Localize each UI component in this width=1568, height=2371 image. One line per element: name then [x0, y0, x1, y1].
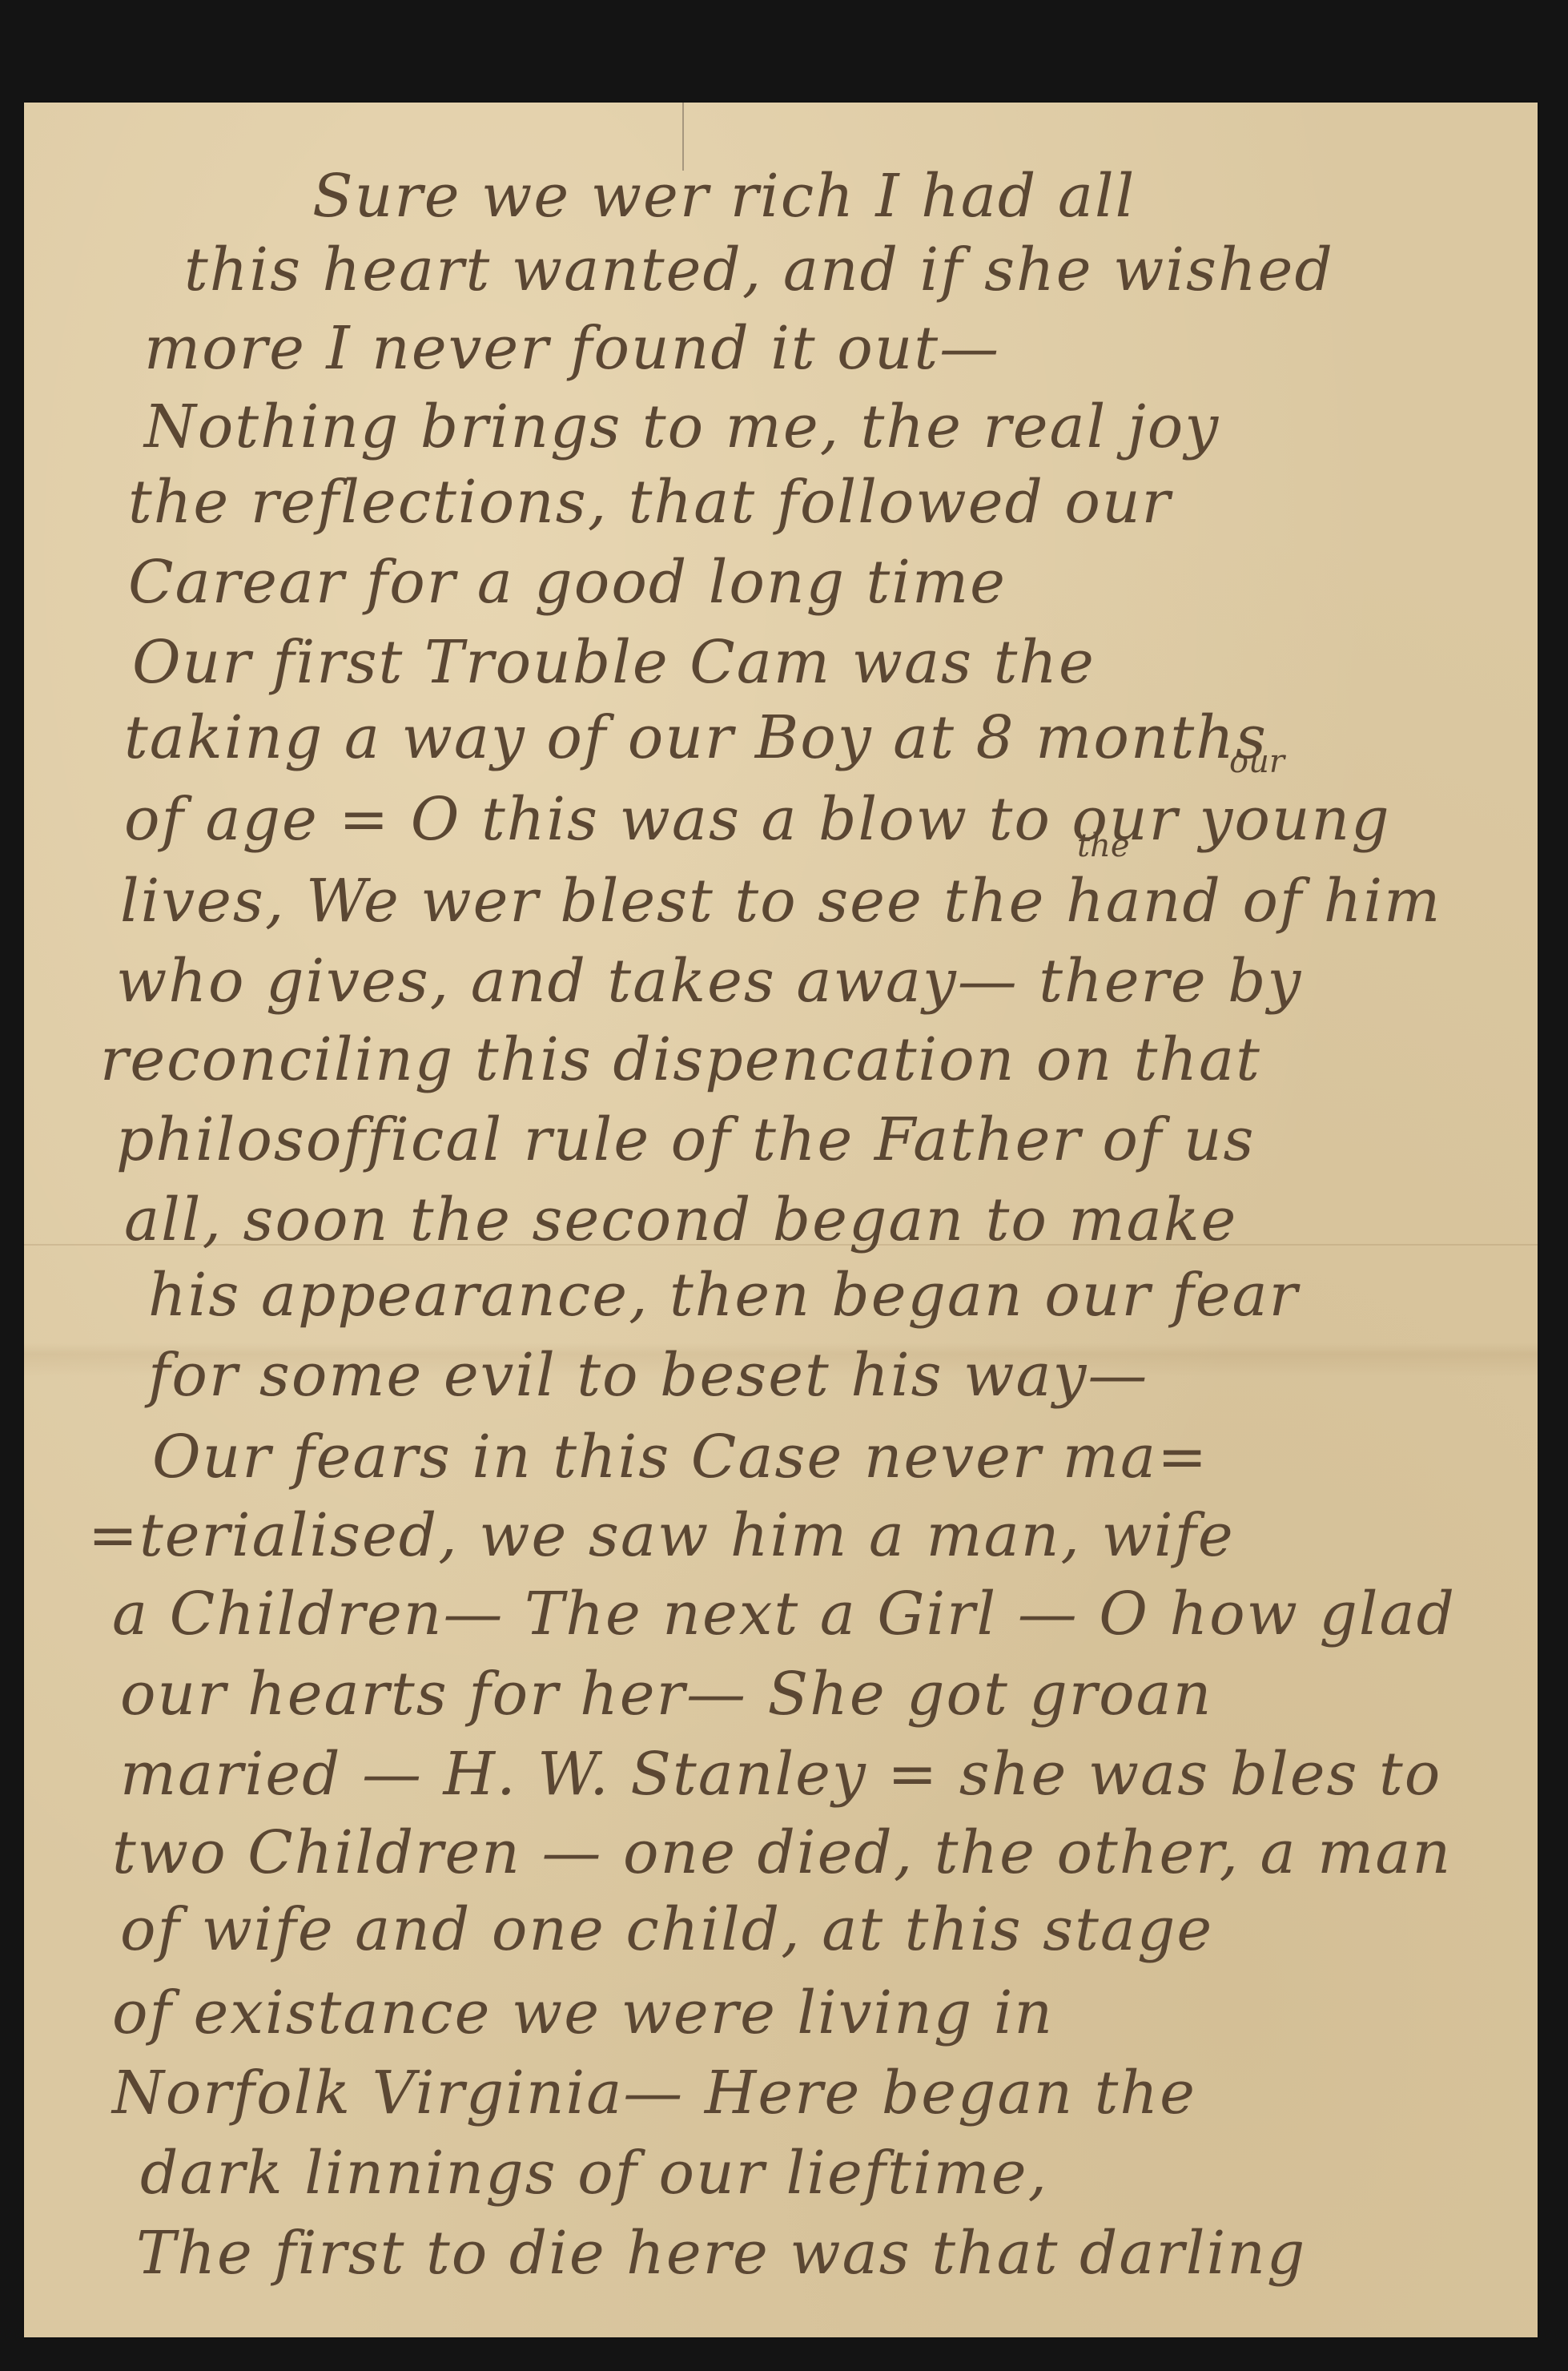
text-line-10: lives, We wer blest to see the hand of h… [120, 872, 1441, 931]
text-line-8: taking a way of our Boy at 8 months [124, 708, 1268, 767]
text-line-26: dark linnings of our lieftime, [140, 2144, 1048, 2203]
text-line-5: the reflections, that followed our [128, 473, 1172, 532]
text-line-3: more I never found it out— [144, 319, 1000, 378]
text-line-27: The first to die here was that darling [136, 2224, 1306, 2283]
text-line-16: for some evil to beset his way— [148, 1346, 1148, 1405]
text-line-21: maried — H. W. Stanley = she was bles to [120, 1745, 1441, 1804]
text-line-7: Our first Trouble Cam was the [132, 633, 1096, 692]
handwritten-text: Sure we wer rich I had all this heart wa… [24, 103, 1538, 2337]
text-line-18: =terialised, we saw him a man, wife [88, 1506, 1235, 1565]
text-line-1: Sure we wer rich I had all [312, 167, 1136, 226]
text-line-9: of age = O this was a blow to our young [124, 790, 1391, 849]
letter-page: Sure we wer rich I had all this heart wa… [24, 103, 1538, 2337]
insertion-our: our [1229, 743, 1285, 780]
text-line-25: Norfolk Virginia— Here began the [112, 2063, 1196, 2123]
text-line-6: Carear for a good long time [128, 553, 1007, 612]
text-line-4: Nothing brings to me, the real joy [144, 397, 1220, 457]
text-line-23: of wife and one child, at this stage [120, 1900, 1213, 1959]
text-line-24: of existance we were living in [112, 1983, 1054, 2043]
text-line-22: two Children — one died, the other, a ma… [112, 1823, 1452, 1882]
text-line-17: Our fears in this Case never ma= [152, 1427, 1208, 1487]
text-line-2: this heart wanted, and if she wished [184, 240, 1334, 300]
text-line-12: reconciling this dispencation on that [100, 1030, 1261, 1089]
text-line-19: a Children— The next a Girl — O how glad [112, 1584, 1456, 1644]
text-line-13: philosoffical rule of the Father of us [116, 1110, 1255, 1169]
text-line-11: who gives, and takes away— there by [116, 952, 1302, 1011]
insertion-the: the [1077, 827, 1130, 864]
text-line-15: his appearance, then began our fear [148, 1266, 1299, 1325]
text-line-20: our hearts for her— She got groan [120, 1665, 1212, 1724]
text-line-14: all, soon the second began to make [124, 1190, 1237, 1250]
